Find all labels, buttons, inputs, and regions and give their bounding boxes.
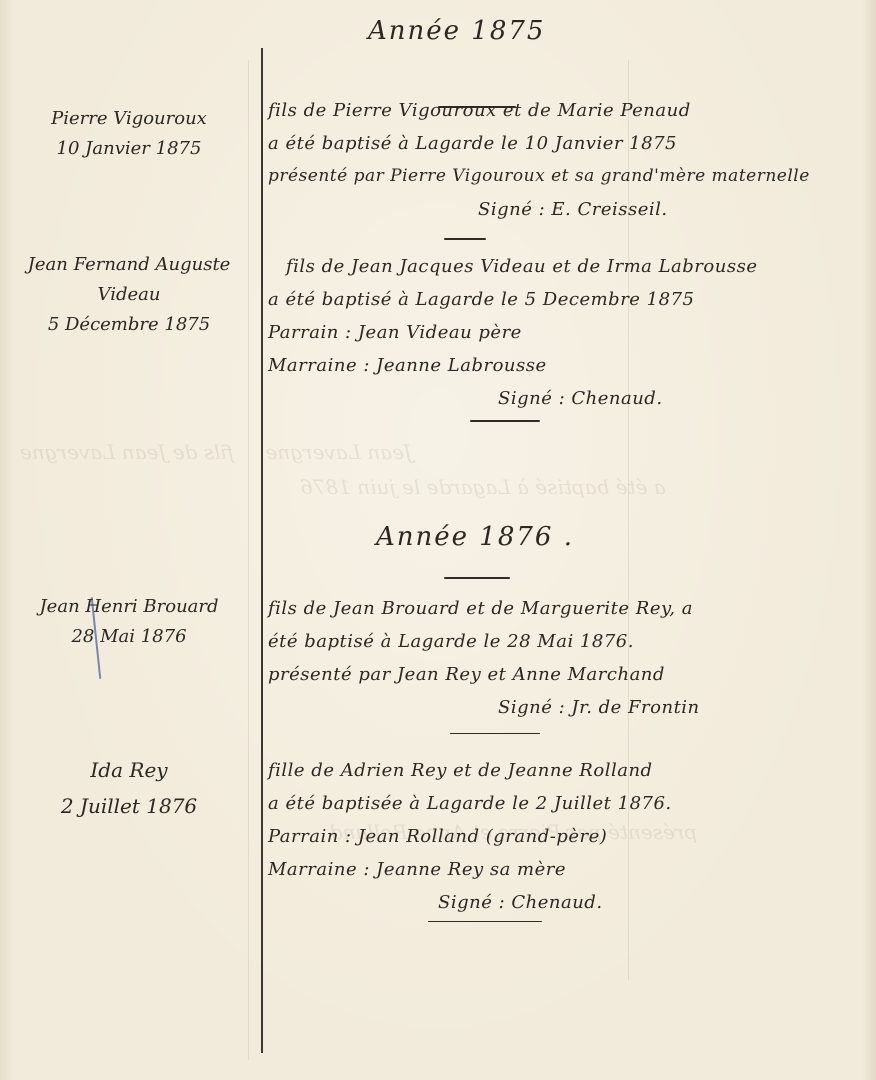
child-name: Jean Fernand Auguste bbox=[4, 250, 254, 280]
child-name: Pierre Vigouroux bbox=[4, 104, 254, 134]
entry-line: fils de Pierre Vigouroux et de Marie Pen… bbox=[268, 94, 810, 127]
margin-rule bbox=[261, 48, 263, 1053]
register-page: Jean Lavergne fils de Jean Lavergne a ét… bbox=[0, 0, 876, 1080]
entry-separator bbox=[470, 420, 540, 422]
entry-margin-name: Ida Rey 2 Juillet 1876 bbox=[4, 752, 254, 824]
entry-line: fille de Adrien Rey et de Jeanne Rolland bbox=[268, 754, 672, 787]
entry-text: fils de Pierre Vigouroux et de Marie Pen… bbox=[268, 94, 810, 226]
entry-line: été baptisé à Lagarde le 28 Mai 1876. bbox=[268, 625, 700, 658]
entry-text: fils de Jean Brouard et de Marguerite Re… bbox=[268, 592, 700, 724]
year-heading-1876: Année 1876 . bbox=[376, 522, 574, 552]
baptism-date: 28 Mai 1876 bbox=[4, 622, 254, 652]
entry-line: Parrain : Jean Videau père bbox=[268, 316, 757, 349]
signature: Signé : E. Creisseil. bbox=[268, 193, 810, 226]
child-name: Ida Rey bbox=[4, 752, 254, 788]
bleed-through-text: Jean Lavergne fils de Jean Lavergne bbox=[20, 440, 412, 464]
signature: Signé : Chenaud. bbox=[268, 886, 672, 919]
baptism-date: 10 Janvier 1875 bbox=[4, 134, 254, 164]
entry-margin-name: Jean Henri Brouard 28 Mai 1876 bbox=[4, 592, 254, 652]
bleed-through-text: a été baptisé à Lagarde le juin 1876 bbox=[300, 475, 666, 499]
child-surname: Videau bbox=[4, 280, 254, 310]
signature: Signé : Jr. de Frontin bbox=[268, 691, 700, 724]
entry-margin-name: Jean Fernand Auguste Videau 5 Décembre 1… bbox=[4, 250, 254, 340]
entry-text: fils de Jean Jacques Videau et de Irma L… bbox=[268, 250, 757, 415]
entry-line: a été baptisé à Lagarde le 10 Janvier 18… bbox=[268, 127, 810, 160]
entry-margin-name: Pierre Vigouroux 10 Janvier 1875 bbox=[4, 104, 254, 164]
signature: Signé : Chenaud. bbox=[268, 382, 757, 415]
year-heading-1875: Année 1875 bbox=[368, 16, 545, 46]
entry-line: fils de Jean Jacques Videau et de Irma L… bbox=[268, 250, 757, 283]
entry-separator bbox=[450, 733, 540, 734]
entry-separator bbox=[428, 921, 542, 922]
entry-line: Marraine : Jeanne Labrousse bbox=[268, 349, 757, 382]
entry-separator bbox=[444, 238, 486, 240]
baptism-date: 2 Juillet 1876 bbox=[4, 788, 254, 824]
ghost-column-line bbox=[248, 60, 249, 1060]
entry-line: présenté par Pierre Vigouroux et sa gran… bbox=[268, 160, 810, 193]
entry-line: a été baptisé à Lagarde le 5 Decembre 18… bbox=[268, 283, 757, 316]
entry-line: a été baptisée à Lagarde le 2 Juillet 18… bbox=[268, 787, 672, 820]
entry-line: fils de Jean Brouard et de Marguerite Re… bbox=[268, 592, 700, 625]
heading-underline bbox=[444, 577, 510, 579]
baptism-date: 5 Décembre 1875 bbox=[4, 310, 254, 340]
entry-line: présenté par Jean Rey et Anne Marchand bbox=[268, 658, 700, 691]
entry-line: Marraine : Jeanne Rey sa mère bbox=[268, 853, 672, 886]
entry-line: Parrain : Jean Rolland (grand-père) bbox=[268, 820, 672, 853]
child-name: Jean Henri Brouard bbox=[4, 592, 254, 622]
entry-text: fille de Adrien Rey et de Jeanne Rolland… bbox=[268, 754, 672, 919]
